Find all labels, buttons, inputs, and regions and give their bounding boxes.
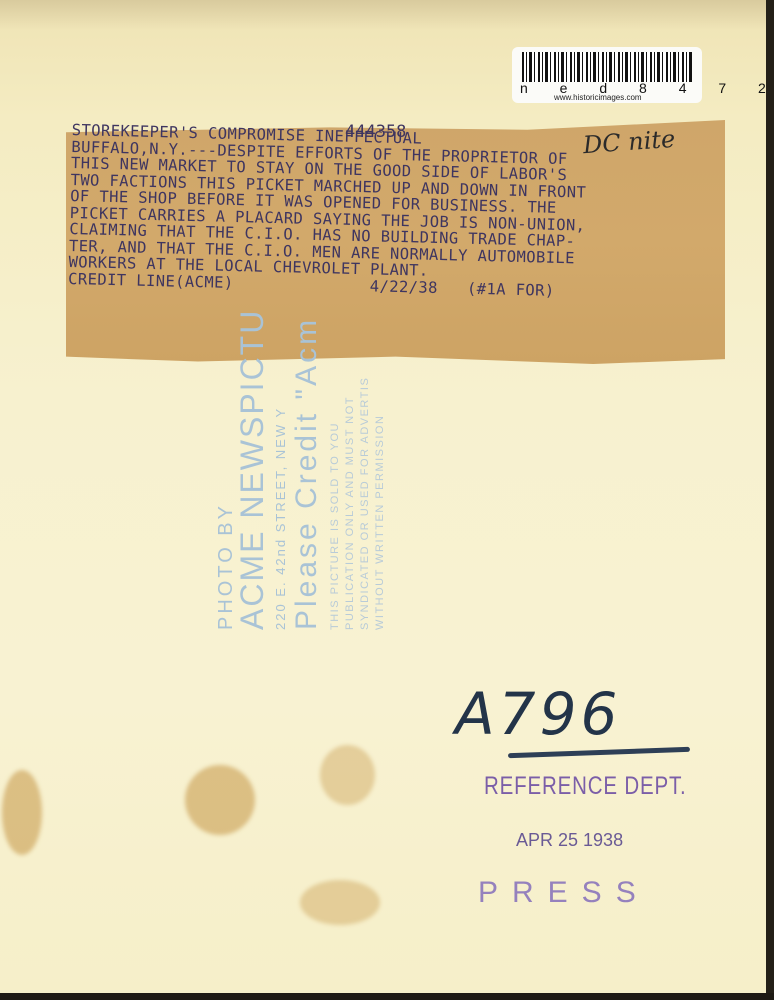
stamp-fine-print: SYNDICATED OR USED FOR ADVERTIS <box>358 309 373 630</box>
stamp-fine-print: PUBLICATION ONLY AND MUST NOT <box>343 309 358 630</box>
acme-photo-stamp: PHOTO BY ACME NEWSPICTU 220 E. 42nd STRE… <box>215 309 388 630</box>
barcode-label: n e d 8 4 7 2 5 www.historicimages.com <box>512 47 702 103</box>
stain <box>320 745 375 805</box>
stain <box>2 770 42 855</box>
received-date-stamp: APR 25 1938 <box>516 830 623 851</box>
top-shading <box>0 0 766 30</box>
scan-edge-right <box>766 0 774 1000</box>
stamp-agency: ACME NEWSPICTU <box>234 309 271 630</box>
photo-back-paper: n e d 8 4 7 2 5 www.historicimages.com 4… <box>0 0 766 993</box>
stamp-fine-print: THIS PICTURE IS SOLD TO YOU <box>328 309 343 630</box>
stain <box>300 880 380 925</box>
stain <box>185 765 255 835</box>
scan-edge-bottom <box>0 993 774 1000</box>
press-stamp: PRESS <box>478 876 650 910</box>
reference-dept-stamp: REFERENCE DEPT. <box>484 772 687 801</box>
handwritten-id: A796 <box>455 680 621 748</box>
barcode-url: www.historicimages.com <box>554 93 642 102</box>
stamp-address: 220 E. 42nd STREET, NEW Y <box>273 309 288 630</box>
stamp-credit: Please Credit "Acm <box>290 309 324 630</box>
clipping-caption: STOREKEEPER'S COMPROMISE INEFFECTUAL BUF… <box>68 122 732 303</box>
barcode-bars-icon <box>522 52 692 82</box>
pen-underline <box>508 747 690 758</box>
stamp-fine-print: WITHOUT WRITTEN PERMISSION <box>373 309 388 630</box>
